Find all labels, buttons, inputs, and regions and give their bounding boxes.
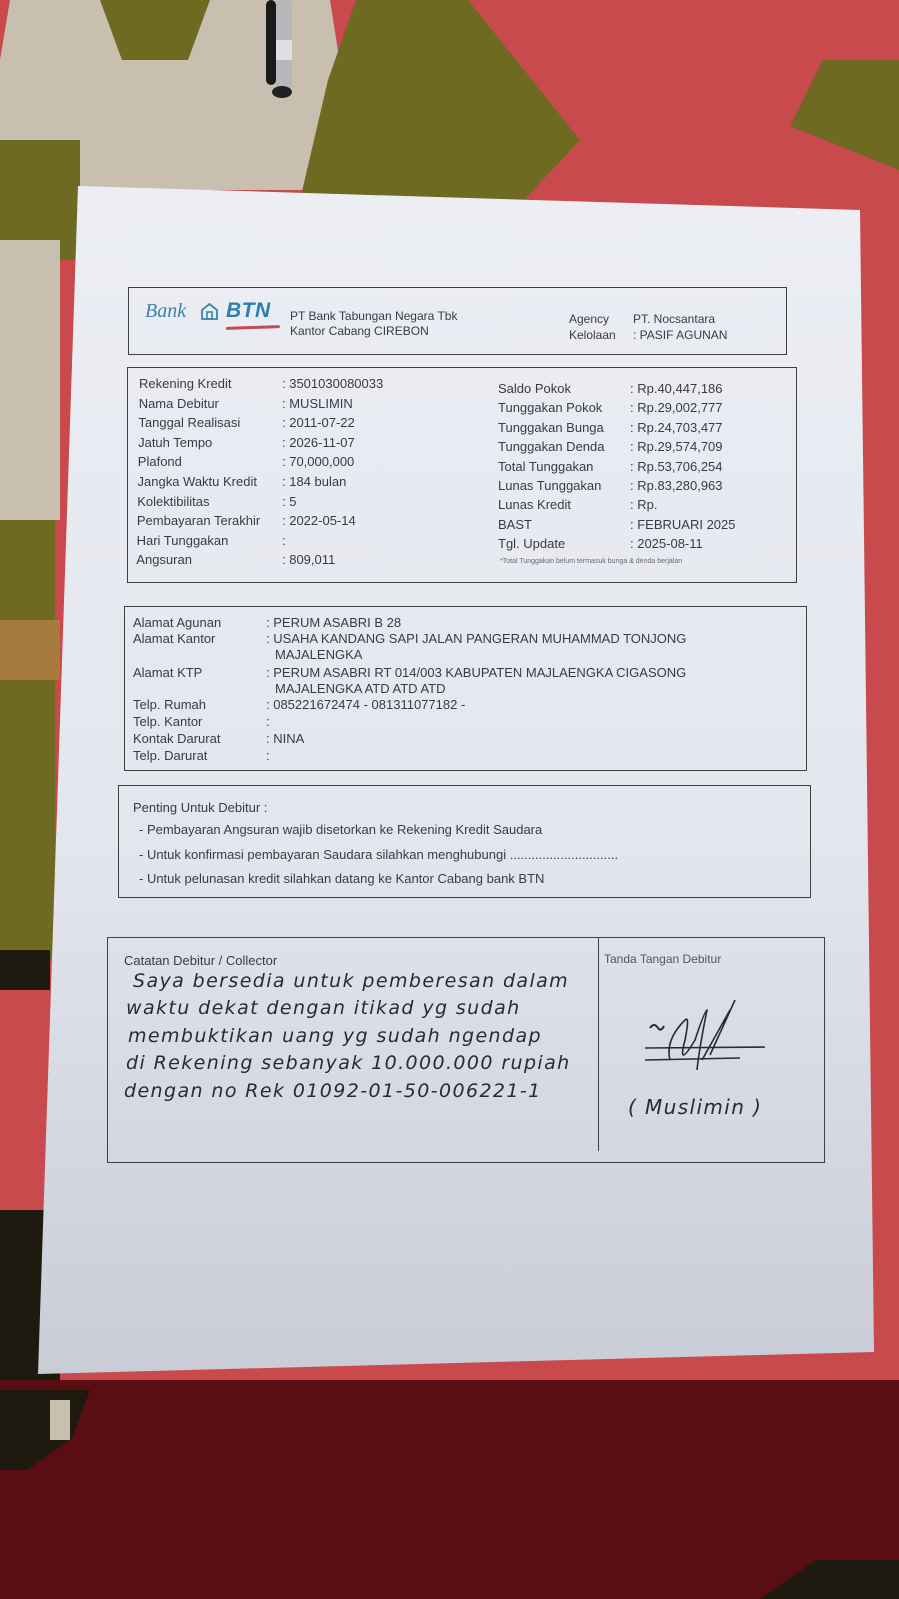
loan-field-label: Lunas Tunggakan — [498, 478, 601, 493]
loan-field-value: : Rp.29,574,709 — [630, 439, 723, 454]
notice-item: - Untuk konfirmasi pembayaran Saudara si… — [139, 847, 618, 862]
loan-footnote: *Total Tunggakan belum termasuk bunga & … — [500, 558, 682, 565]
loan-field-value: : 184 bulan — [282, 474, 346, 489]
loan-field-label: Jangka Waktu Kredit — [138, 474, 257, 489]
loan-field-value: : Rp. — [630, 497, 657, 512]
address-field-label: Telp. Darurat — [133, 748, 207, 763]
loan-field-value: : Rp.29,002,777 — [630, 400, 723, 415]
loan-field-label: Total Tunggakan — [498, 459, 593, 474]
loan-field-label: BAST — [498, 517, 532, 532]
handwritten-note-line: membuktikan uang yg sudah ngendap — [128, 1025, 542, 1047]
address-field-label: Telp. Kantor — [133, 714, 202, 729]
loan-field-label: Hari Tunggakan — [137, 533, 229, 548]
document-paper — [38, 186, 874, 1376]
notice-title: Penting Untuk Debitur : — [133, 800, 267, 815]
address-field-label: Telp. Rumah — [133, 697, 206, 712]
logo-btn-text: BTN — [226, 299, 271, 323]
loan-field-label: Tunggakan Bunga — [498, 420, 604, 435]
loan-field-value: : 809,011 — [282, 552, 335, 567]
signature-divider — [598, 937, 599, 1151]
notice-item: - Untuk pelunasan kredit silahkan datang… — [139, 871, 544, 886]
loan-field-label: Tunggakan Pokok — [498, 400, 602, 415]
loan-field-value: : Rp.83,280,963 — [630, 478, 723, 493]
handwritten-note-line: di Rekening sebanyak 10.000.000 rupiah — [126, 1052, 571, 1074]
handwritten-note-line: waktu dekat dengan itikad yg sudah — [126, 997, 521, 1019]
loan-field-value: : Rp.53,706,254 — [630, 459, 723, 474]
loan-field-label: Nama Debitur — [139, 396, 219, 411]
kelolaan-label: Kelolaan — [569, 328, 616, 342]
loan-field-value: : 70,000,000 — [282, 454, 354, 469]
pen-icon — [262, 0, 302, 100]
handwritten-note-line: Saya bersedia untuk pemberesan dalam — [133, 970, 569, 992]
loan-field-value: : 2022-05-14 — [282, 513, 356, 528]
kelolaan-value: : PASIF AGUNAN — [633, 328, 727, 342]
address-field-value: : USAHA KANDANG SAPI JALAN PANGERAN MUHA… — [266, 631, 686, 646]
loan-field-value: : 2025-08-11 — [630, 536, 703, 551]
address-field-label: Kontak Darurat — [133, 731, 220, 746]
handwritten-note-line: dengan no Rek 01092-01-50-006221-1 — [124, 1080, 542, 1102]
loan-field-value: : 3501030080033 — [282, 376, 383, 391]
address-field-value: : NINA — [266, 731, 304, 746]
loan-field-label: Saldo Pokok — [498, 381, 571, 396]
loan-field-label: Kolektibilitas — [137, 494, 209, 509]
address-field-value-cont: MAJALENGKA ATD ATD ATD — [275, 681, 446, 696]
loan-field-value: : 2011-07-22 — [282, 415, 355, 430]
loan-field-label: Plafond — [138, 454, 182, 469]
agency-value: PT. Nocsantara — [633, 312, 715, 326]
company-name: PT Bank Tabungan Negara Tbk — [290, 309, 457, 323]
address-field-value: : — [266, 714, 270, 729]
address-field-label: Alamat Agunan — [133, 615, 221, 630]
address-field-value-cont: MAJALENGKA — [275, 647, 362, 662]
loan-field-label: Angsuran — [136, 552, 192, 567]
loan-field-label: Pembayaran Terakhir — [137, 513, 260, 528]
loan-field-label: Jatuh Tempo — [138, 435, 212, 450]
address-field-value: : 085221672474 - 081311077182 - — [266, 697, 465, 712]
loan-field-value: : 5 — [282, 494, 296, 509]
notice-item: - Pembayaran Angsuran wajib disetorkan k… — [139, 822, 542, 837]
address-field-label: Alamat KTP — [133, 665, 202, 680]
address-field-value: : — [266, 748, 270, 763]
loan-field-value: : FEBRUARI 2025 — [630, 517, 736, 532]
signature-name: ( Muslimin ) — [628, 1095, 762, 1119]
bank-house-icon — [201, 303, 218, 320]
loan-field-label: Tunggakan Denda — [498, 439, 605, 454]
loan-field-value: : MUSLIMIN — [282, 396, 353, 411]
loan-field-label: Rekening Kredit — [139, 376, 232, 391]
logo-bank-text: Bank — [145, 300, 186, 323]
address-field-label: Alamat Kantor — [133, 631, 215, 646]
signature-scribble — [640, 1000, 780, 1090]
loan-field-value: : 2026-11-07 — [282, 435, 355, 450]
loan-field-label: Tgl. Update — [498, 536, 565, 551]
notes-label: Catatan Debitur / Collector — [124, 953, 277, 968]
loan-field-value: : — [282, 533, 286, 548]
address-field-value: : PERUM ASABRI B 28 — [266, 615, 401, 630]
signature-label: Tanda Tangan Debitur — [604, 952, 721, 966]
branch-name: Kantor Cabang CIREBON — [290, 324, 429, 338]
loan-field-value: : Rp.40,447,186 — [630, 381, 723, 396]
loan-field-label: Lunas Kredit — [498, 497, 571, 512]
loan-field-label: Tanggal Realisasi — [138, 415, 240, 430]
address-field-value: : PERUM ASABRI RT 014/003 KABUPATEN MAJL… — [266, 665, 686, 680]
agency-label: Agency — [569, 312, 609, 326]
loan-field-value: : Rp.24,703,477 — [630, 420, 723, 435]
